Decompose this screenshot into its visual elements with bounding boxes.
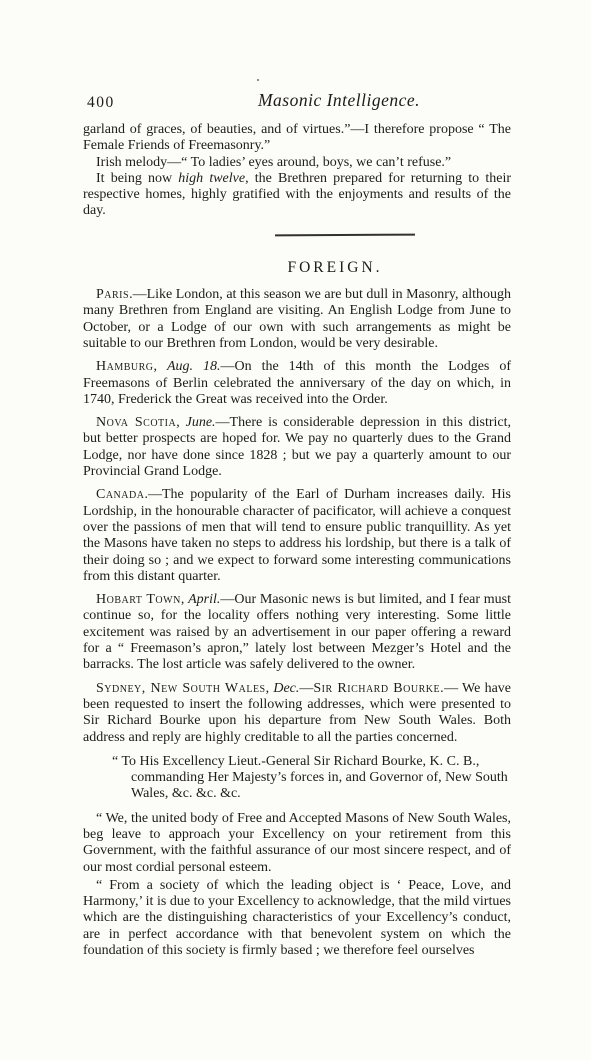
article-date: Dec. [273,681,299,696]
article-hobart-town: Hobart Town, April.—Our Masonic news is … [83,592,511,673]
article-paris: Paris.—Like London, at this season we ar… [83,287,511,352]
section-divider [275,233,415,236]
article-date: April. [188,592,220,607]
article-place: Hobart Town [96,592,181,607]
article-date: Aug. 18. [167,359,221,374]
article-date: June. [186,415,216,430]
article-person: Sir Richard Bourke. [313,681,444,696]
intro-paragraph-3: It being now high twelve, the Brethren p… [83,171,511,220]
quote-paragraph-3: “ From a society of which the leading ob… [83,878,511,959]
article-place-sep: , [176,415,185,430]
quote-paragraph-2: “ We, the united body of Free and Accept… [83,811,511,876]
article-body: Like London, at this season we are but d… [83,287,511,351]
running-title: Masonic Intelligence. [125,90,553,111]
article-place-sep: , [154,359,167,374]
intro-p3-text: It being now [96,171,178,186]
article-place: Hamburg [96,359,154,374]
article-nova-scotia: Nova Scotia, June.—There is considerable… [83,415,511,480]
page-number: 400 [87,94,115,112]
text-column: 400 Masonic Intelligence. garland of gra… [83,88,511,959]
page-header: 400 Masonic Intelligence. [83,88,511,122]
article-dash: — [221,359,235,374]
address-block: “ To His Excellency Lieut.-General Sir R… [83,754,511,803]
article-canada: Canada.—The popularity of the Earl of Du… [83,487,511,585]
article-place-sep: , [181,592,188,607]
article-dash: — [216,415,230,430]
article-place: Canada [96,487,144,502]
article-place: Paris [96,287,129,302]
article-dash: — [148,487,162,502]
intro-p3-italic: high twelve [178,171,245,186]
article-dash: — [299,681,313,696]
article-place: Sydney, New South Wales [96,681,266,696]
scanned-book-page: 400 Masonic Intelligence. garland of gra… [0,0,591,1060]
intro-paragraph-2: Irish melody—“ To ladies’ eyes around, b… [83,155,511,171]
scan-speck [257,79,259,81]
article-dash: — [133,287,147,302]
article-dash: — [220,592,234,607]
article-sydney: Sydney, New South Wales, Dec.—Sir Richar… [83,681,511,746]
article-place: Nova Scotia [96,415,176,430]
section-title-foreign: FOREIGN. [121,260,549,276]
intro-paragraph-1: garland of graces, of beauties, and of v… [83,122,511,155]
article-person-dash: — [444,681,462,696]
article-hamburg: Hamburg, Aug. 18.—On the 14th of this mo… [83,359,511,408]
